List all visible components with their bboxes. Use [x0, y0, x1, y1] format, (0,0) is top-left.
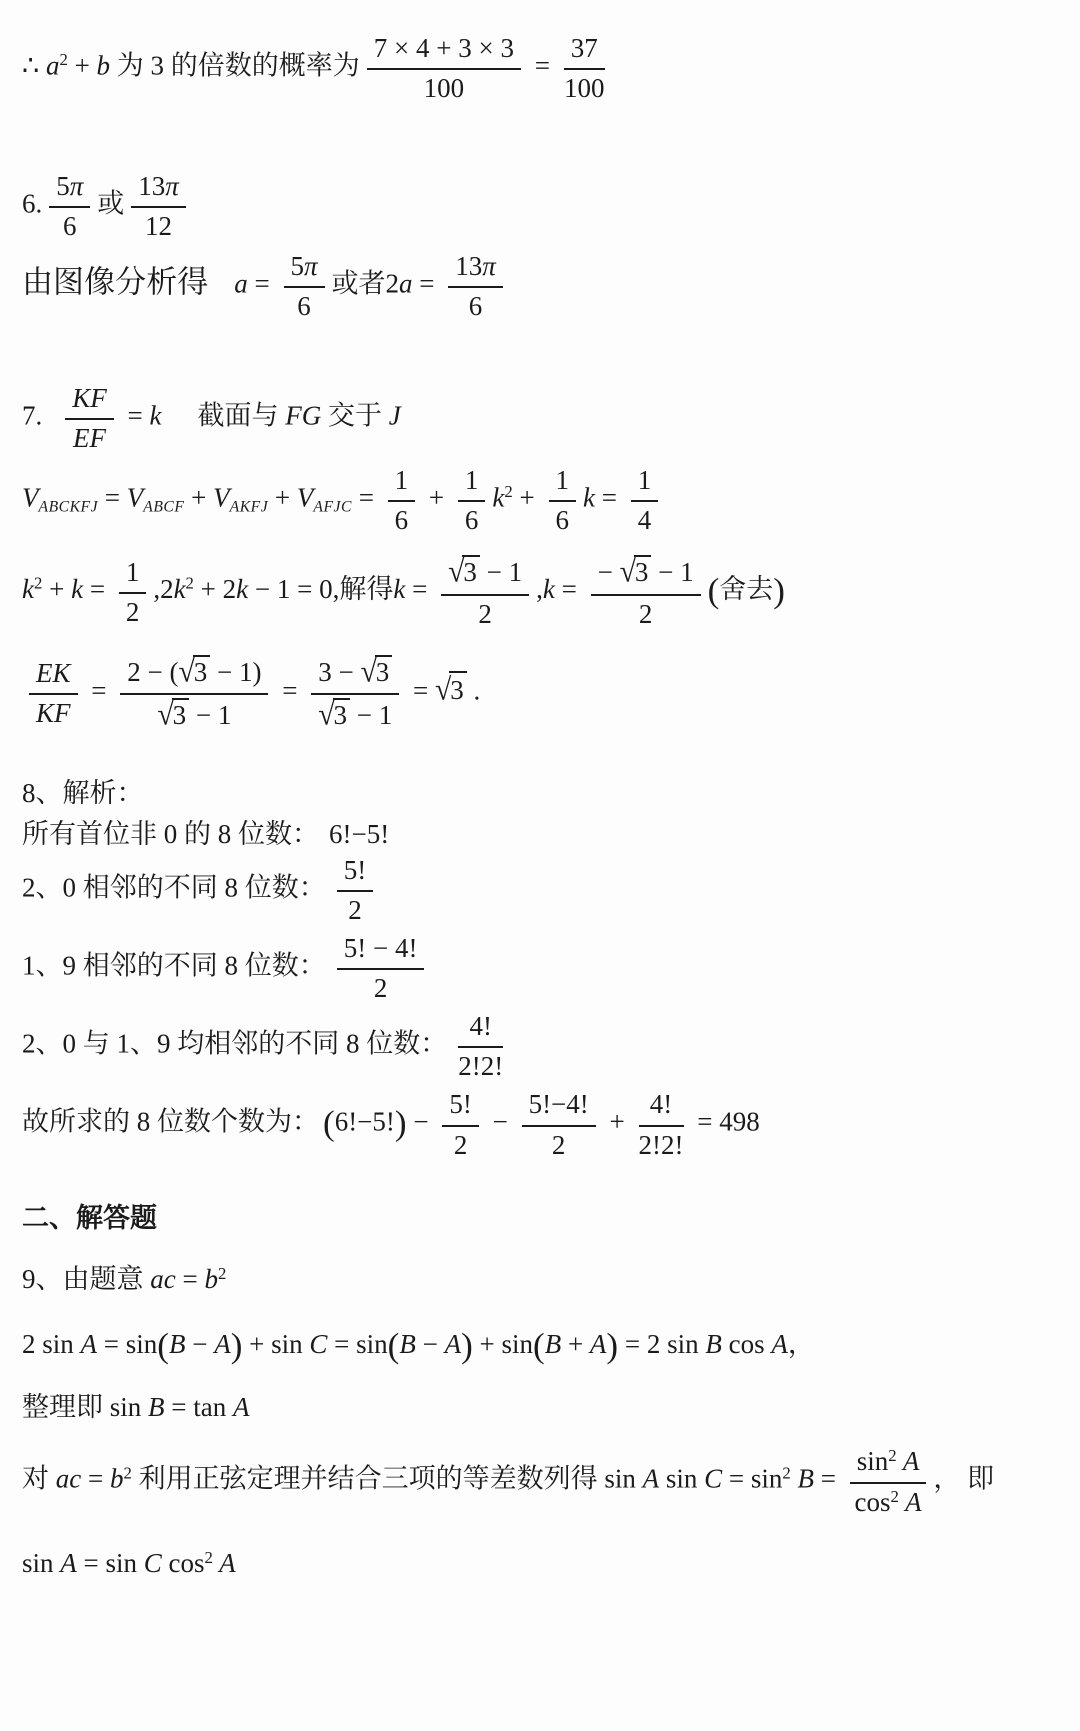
math-text: 4! — [650, 1089, 673, 1119]
text-run: 2、0 与 1、9 均相邻的不同 8 位数： — [22, 1029, 447, 1059]
fraction: 16 — [388, 464, 416, 536]
math-text: = — [352, 483, 381, 513]
superscript: 2 — [218, 1263, 226, 1282]
math-text: = — [83, 574, 112, 604]
math-variable: A — [590, 1329, 607, 1359]
math-variable: B — [399, 1329, 416, 1359]
math-text: 2 — [126, 597, 140, 627]
math-text: − 1) — [210, 657, 261, 687]
math-text: − 1 — [350, 700, 392, 730]
numerator: 5π — [49, 170, 90, 208]
math-text: − 1 — [651, 557, 693, 587]
math-variable: a — [46, 50, 60, 80]
math-text: + — [561, 1329, 590, 1359]
spacer — [161, 424, 197, 425]
text-run: 由图像分析得 — [22, 264, 208, 299]
ans7-ek-kf-ratio: EKKF = 2 − (√3 − 1)√3 − 1 = 3 − √3√3 − 1… — [22, 652, 1052, 734]
math-variable: A — [899, 1487, 922, 1517]
text-run: 故所求的 8 位数个数为： — [22, 1107, 319, 1137]
radicand: 3 — [634, 555, 652, 588]
denominator: 100 — [367, 70, 521, 104]
math-variable: B — [705, 1329, 722, 1359]
math-variable: C — [704, 1464, 722, 1494]
text-run: ， 即 — [933, 1464, 994, 1494]
fraction: EKKF — [29, 657, 78, 729]
subscript: ABCF — [143, 499, 184, 516]
math-text: 6 — [395, 505, 409, 535]
spacer — [447, 1052, 451, 1053]
math-text: = — [176, 1264, 205, 1294]
math-text: − 1 — [189, 700, 231, 730]
math-variable: C — [309, 1329, 327, 1359]
ans7-setup: 7.KFEF = k截面与 FG 交于 J — [22, 380, 1052, 456]
text-run: 截面与 — [197, 401, 285, 431]
math-variable: k — [543, 574, 555, 604]
math-text: = tan — [165, 1392, 233, 1422]
denominator: 2!2! — [458, 1048, 503, 1082]
numerator: 1 — [119, 556, 147, 594]
sqrt-radical: √3 — [448, 555, 480, 589]
math-variable: B — [169, 1329, 186, 1359]
math-text: 2 — [386, 268, 400, 298]
math-text: = — [81, 1464, 110, 1494]
spacer — [319, 842, 329, 843]
radical-sign: √ — [178, 654, 194, 690]
denominator: 100 — [564, 70, 605, 104]
math-text: + sin — [473, 1329, 533, 1359]
math-text: − — [416, 1329, 445, 1359]
math-text: = — [595, 483, 624, 513]
text-run: 交于 — [321, 401, 389, 431]
numerator: 13π — [448, 250, 503, 288]
denominator: 2 — [591, 596, 701, 630]
text-run: 解得 — [339, 574, 393, 604]
math-text: . — [467, 675, 481, 705]
numerator: 1 — [631, 464, 659, 502]
math-text: + — [513, 483, 542, 513]
ans8-both-adjacent: 2、0 与 1、9 均相邻的不同 8 位数：4!2!2! — [22, 1008, 1052, 1084]
denominator: 6 — [49, 208, 90, 242]
ans9-simplify: 整理即 sin B = tan A — [22, 1390, 1052, 1425]
math-text: ∴ — [22, 50, 46, 80]
math-text: + — [42, 574, 71, 604]
math-variable: V — [127, 483, 144, 513]
math-text: 100 — [424, 73, 465, 103]
fraction: 4!2!2! — [458, 1010, 503, 1082]
superscript: 2 — [123, 1464, 131, 1483]
math-text: = — [275, 675, 304, 705]
math-variable: k — [393, 574, 405, 604]
superscript: 2 — [891, 1487, 899, 1506]
document-content: ∴ a2 + b 为 3 的倍数的概率为7 × 4 + 3 × 3100 = 3… — [22, 30, 1052, 1581]
fraction: 16 — [458, 464, 486, 536]
numerator: 1 — [388, 464, 416, 502]
math-text: 5! — [449, 1089, 472, 1119]
fraction: 5!2 — [442, 1088, 479, 1160]
math-variable: V — [297, 483, 314, 513]
math-text: 13 — [138, 171, 165, 201]
math-text: 1 — [638, 465, 652, 495]
math-text: − — [598, 557, 620, 587]
spacer — [326, 895, 330, 896]
fraction: 37100 — [564, 32, 605, 104]
math-variable: π — [482, 251, 496, 281]
fraction: √3 − 12 — [441, 554, 529, 629]
math-text: 5!−4! — [529, 1089, 589, 1119]
denominator: √3 − 1 — [311, 695, 399, 732]
paren: ) — [773, 571, 785, 610]
ans8-total: 故所求的 8 位数个数为：(6!−5!) − 5!2 − 5!−4!2 + 4!… — [22, 1086, 1052, 1162]
math-text: = — [121, 401, 150, 431]
denominator: 6 — [284, 288, 325, 322]
math-variable: a — [234, 268, 248, 298]
math-text: 7. — [22, 401, 42, 431]
math-text: = — [405, 574, 434, 604]
ans7-volume-equation: VABCKFJ = VABCF + VAKFJ + VAFJC = 16 + 1… — [22, 462, 1052, 538]
math-text: = — [528, 50, 557, 80]
fraction: 14 — [631, 464, 659, 536]
math-text: 6 — [63, 211, 77, 241]
math-text: = — [413, 268, 442, 298]
paren: ( — [708, 571, 720, 610]
math-text: + 2 — [194, 574, 236, 604]
text-run: 或者 — [332, 268, 386, 298]
math-text: 5! − 4! — [344, 933, 418, 963]
math-text: 6!−5! — [329, 819, 389, 849]
document-page: ∴ a2 + b 为 3 的倍数的概率为7 × 4 + 3 × 3100 = 3… — [0, 0, 1080, 1731]
math-variable: b — [97, 50, 111, 80]
math-variable: A — [233, 1392, 250, 1422]
math-text: 5 — [56, 171, 70, 201]
math-variable: A — [213, 1548, 236, 1578]
math-variable: k — [150, 401, 162, 431]
math-text: = — [85, 675, 114, 705]
math-text: = — [98, 483, 127, 513]
math-text: − 1 — [480, 557, 522, 587]
math-text: 7 × 4 + 3 × 3 — [374, 33, 514, 63]
radical-sign: √ — [157, 697, 173, 733]
math-variable: π — [165, 171, 179, 201]
sqrt-radical: √3 — [360, 655, 392, 689]
paren: ) — [606, 1326, 618, 1365]
radicand: 3 — [193, 655, 211, 688]
math-text: 2 − ( — [127, 657, 178, 687]
math-text: sin — [22, 1548, 60, 1578]
radicand: 3 — [172, 698, 190, 731]
math-text: 4 — [638, 505, 652, 535]
math-text: cos — [722, 1329, 772, 1359]
ans8-all-nonzero: 所有首位非 0 的 8 位数：6!−5! — [22, 817, 1052, 852]
numerator: 13π — [131, 170, 186, 208]
math-text: + — [422, 483, 451, 513]
numerator: 37 — [564, 32, 605, 70]
text-run: 二、解答题 — [22, 1203, 157, 1233]
superscript: 2 — [888, 1446, 896, 1465]
math-text: 1 — [395, 465, 409, 495]
denominator: 2 — [337, 970, 425, 1004]
radical-sign: √ — [620, 555, 636, 591]
math-text: 6!−5! — [335, 1107, 395, 1137]
math-text: 2 — [454, 1130, 468, 1160]
math-text: 2 — [478, 599, 492, 629]
math-text: − — [185, 1329, 214, 1359]
math-variable: A — [60, 1548, 77, 1578]
numerator: 4! — [639, 1088, 684, 1126]
superscript: 2 — [205, 1548, 213, 1567]
paren: ) — [395, 1104, 407, 1143]
math-variable: C — [144, 1548, 162, 1578]
math-text: = — [248, 268, 277, 298]
denominator: 2 — [337, 892, 374, 926]
text-run: 或 — [97, 188, 124, 218]
ans8-header: 8、解析： — [22, 776, 1052, 811]
denominator: 2 — [119, 594, 147, 628]
fraction: 4!2!2! — [639, 1088, 684, 1160]
math-text: 2 — [374, 973, 388, 1003]
denominator: 2!2! — [639, 1127, 684, 1161]
paren: ( — [157, 1326, 169, 1365]
paren: ) — [461, 1326, 473, 1365]
ans9-result: sin A = sin C cos2 A — [22, 1546, 1052, 1581]
math-text: = — [406, 675, 435, 705]
ans7-solve-k: k2 + k = 12,2k2 + 2k − 1 = 0,解得k = √3 − … — [22, 552, 1052, 631]
math-variable: k — [22, 574, 34, 604]
fraction: 16 — [549, 464, 577, 536]
denominator: 12 — [131, 208, 186, 242]
math-text: 4! — [469, 1011, 492, 1041]
math-variable: ac — [56, 1464, 81, 1494]
denominator: 4 — [631, 502, 659, 536]
numerator: EK — [29, 657, 78, 695]
numerator: √3 − 1 — [441, 554, 529, 595]
text-run: 9、由题意 — [22, 1264, 150, 1294]
math-variable: k — [583, 483, 595, 513]
math-text: cos — [855, 1487, 891, 1517]
ans5-probability-conclusion: ∴ a2 + b 为 3 的倍数的概率为7 × 4 + 3 × 3100 = 3… — [22, 30, 1052, 106]
radicand: 3 — [462, 555, 480, 588]
math-text: sin — [857, 1447, 889, 1477]
math-variable: A — [81, 1329, 98, 1359]
numerator: − √3 − 1 — [591, 554, 701, 595]
math-text: 1 — [465, 465, 479, 495]
text-run: 2、0 相邻的不同 8 位数： — [22, 872, 326, 902]
numerator: 5π — [284, 250, 325, 288]
fraction: sin2 Acos2 A — [850, 1445, 927, 1518]
ans9-given: 9、由题意 ac = b2 — [22, 1262, 1052, 1297]
math-text: 6 — [465, 505, 479, 535]
math-text: sin — [604, 1464, 642, 1494]
denominator: 2 — [522, 1127, 596, 1161]
math-text: = 498 — [691, 1107, 760, 1137]
denominator: 2 — [442, 1127, 479, 1161]
math-variable: B — [545, 1329, 562, 1359]
section2-header: 二、解答题 — [22, 1201, 1052, 1236]
math-text: − 1 = 0, — [248, 574, 339, 604]
math-variable: EF — [73, 423, 106, 453]
radical-sign: √ — [435, 670, 451, 711]
math-variable: A — [643, 1464, 660, 1494]
math-text: cos — [162, 1548, 205, 1578]
ans8-zero-adjacent: 2、0 相邻的不同 8 位数：5!2 — [22, 852, 1052, 928]
math-text: = sin — [97, 1329, 157, 1359]
text-run: 1、9 相邻的不同 8 位数： — [22, 951, 326, 981]
paren: ( — [388, 1326, 400, 1365]
math-text: , — [536, 574, 543, 604]
numerator: 2 − (√3 − 1) — [120, 654, 268, 695]
math-variable: b — [110, 1464, 124, 1494]
superscript: 2 — [186, 574, 194, 593]
numerator: 5! — [442, 1088, 479, 1126]
sqrt-radical: √3 — [157, 698, 189, 732]
denominator: cos2 A — [850, 1484, 927, 1518]
numerator: sin2 A — [850, 1445, 927, 1483]
math-variable: k — [71, 574, 83, 604]
numerator: 7 × 4 + 3 × 3 — [367, 32, 521, 70]
math-variable: V — [213, 483, 230, 513]
spacer — [326, 974, 330, 975]
math-text: + — [268, 483, 297, 513]
sqrt-radical: √3 — [620, 555, 652, 589]
math-variable: B — [148, 1392, 165, 1422]
radical-sign: √ — [448, 555, 464, 591]
math-variable: A — [897, 1447, 920, 1477]
denominator: √3 − 1 — [120, 695, 268, 732]
math-text: = — [555, 574, 584, 604]
numerator: 5! − 4! — [337, 932, 425, 970]
math-text: 3 − — [318, 657, 360, 687]
subscript: AKFJ — [230, 499, 269, 516]
math-text: 5! — [344, 855, 367, 885]
text-run: 8、解析： — [22, 778, 144, 808]
math-text: + — [68, 50, 97, 80]
superscript: 2 — [504, 482, 512, 501]
math-variable: k — [174, 574, 186, 604]
paren: ( — [323, 1104, 335, 1143]
math-text: 100 — [564, 73, 605, 103]
numerator: 3 − √3 — [311, 654, 399, 695]
numerator: 5! — [337, 854, 374, 892]
text-run: 所有首位非 0 的 8 位数： — [22, 819, 319, 849]
math-variable: J — [389, 401, 401, 431]
denominator: EF — [65, 420, 114, 454]
math-variable: ac — [150, 1264, 175, 1294]
math-variable: FG — [285, 401, 321, 431]
radicand: 3 — [449, 671, 467, 708]
fraction: 5! − 4!2 — [337, 932, 425, 1004]
math-text: 2 — [639, 599, 653, 629]
math-text: 13 — [455, 251, 482, 281]
numerator: KF — [65, 382, 114, 420]
math-text: 6. — [22, 188, 42, 218]
ans6-result: 6.5π6或13π12 — [22, 168, 1052, 244]
math-text: 37 — [571, 33, 598, 63]
math-variable: A — [214, 1329, 231, 1359]
math-variable: k — [492, 483, 504, 513]
math-text: 6 — [469, 291, 483, 321]
math-variable: KF — [72, 383, 107, 413]
sqrt-radical: √3 — [318, 698, 350, 732]
ans8-nine-adjacent: 1、9 相邻的不同 8 位数：5! − 4!2 — [22, 930, 1052, 1006]
superscript: 2 — [59, 50, 67, 69]
text-run: 舍去 — [719, 574, 773, 604]
ans6-graph-analysis: 由图像分析得a = 5π6或者2a = 13π6 — [22, 248, 1052, 324]
math-text: + sin — [242, 1329, 309, 1359]
numerator: 1 — [458, 464, 486, 502]
ans9-sine-expansion: 2 sin A = sin(B − A) + sin C = sin(B − A… — [22, 1323, 1052, 1369]
math-variable: π — [304, 251, 318, 281]
math-text: 2 — [348, 895, 362, 925]
superscript: 2 — [782, 1464, 790, 1483]
paren: ) — [231, 1326, 243, 1365]
fraction: 5!−4!2 — [522, 1088, 596, 1160]
math-variable: EK — [36, 658, 71, 688]
denominator: 6 — [549, 502, 577, 536]
numerator: 1 — [549, 464, 577, 502]
fraction: 13π12 — [131, 170, 186, 242]
denominator: KF — [29, 695, 78, 729]
math-text: 2!2! — [639, 1130, 684, 1160]
fraction: 3 − √3√3 − 1 — [311, 654, 399, 732]
denominator: 2 — [441, 596, 529, 630]
math-variable: B — [791, 1464, 814, 1494]
numerator: 5!−4! — [522, 1088, 596, 1126]
radical-sign: √ — [360, 654, 376, 690]
numerator: 4! — [458, 1010, 503, 1048]
sqrt-radical: √3 — [435, 671, 467, 710]
fraction: 13π6 — [448, 250, 503, 322]
math-text: = sin — [722, 1464, 782, 1494]
math-variable: A — [445, 1329, 462, 1359]
math-text: = sin — [327, 1329, 387, 1359]
radicand: 3 — [333, 698, 351, 731]
math-text: 2!2! — [458, 1051, 503, 1081]
math-variable: V — [22, 483, 39, 513]
subscript: ABCKFJ — [39, 499, 99, 516]
math-variable: A — [771, 1329, 788, 1359]
spacer — [208, 291, 234, 292]
math-variable: π — [70, 171, 84, 201]
radical-sign: √ — [318, 697, 334, 733]
math-text: + — [184, 483, 213, 513]
math-text: + — [603, 1107, 632, 1137]
math-text: sin — [110, 1392, 148, 1422]
math-text: sin — [659, 1464, 704, 1494]
fraction: 5π6 — [284, 250, 325, 322]
math-text: 6 — [297, 291, 311, 321]
text-run: 整理即 — [22, 1392, 110, 1422]
math-text: 6 — [556, 505, 570, 535]
denominator: 6 — [388, 502, 416, 536]
math-text: ,2 — [153, 574, 173, 604]
ans9-law-of-sines: 对 ac = b2 利用正弦定理并结合三项的等差数列得 sin A sin C … — [22, 1443, 1052, 1520]
fraction: 5π6 — [49, 170, 90, 242]
fraction: 5!2 — [337, 854, 374, 926]
math-text: − — [407, 1107, 436, 1137]
math-variable: b — [204, 1264, 218, 1294]
denominator: 6 — [448, 288, 503, 322]
math-text: 2 sin — [22, 1329, 81, 1359]
sqrt-radical: √3 — [178, 655, 210, 689]
math-variable: a — [399, 268, 413, 298]
fraction: 7 × 4 + 3 × 3100 — [367, 32, 521, 104]
math-text: 1 — [556, 465, 570, 495]
math-text: 5 — [291, 251, 305, 281]
math-text: = — [814, 1464, 843, 1494]
math-variable: KF — [36, 698, 71, 728]
math-text: = sin — [77, 1548, 144, 1578]
fraction: 2 − (√3 − 1)√3 − 1 — [120, 654, 268, 732]
math-text: 1 — [126, 557, 140, 587]
